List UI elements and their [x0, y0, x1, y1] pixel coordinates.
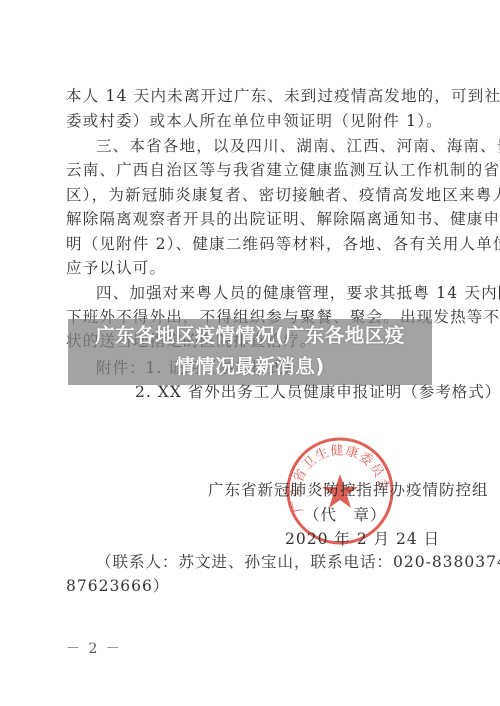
- contact-line-1: （联系人：苏文进、孙宝山，联系电话：020-83803745、: [96, 550, 500, 572]
- issue-date: 2020 年 2 月 24 日: [285, 527, 440, 549]
- paragraph-line: 应予以认可。: [66, 258, 438, 278]
- overlay-title-line-2: 情情况最新消息): [68, 351, 432, 382]
- paragraph-line: 三、本省各地，以及四川、湖南、江西、河南、海南、贵州、: [96, 136, 468, 156]
- page-number: － 2 －: [66, 638, 122, 658]
- paragraph-line: 云南、广西自治区等与我省建立健康监测互认工作机制的省（市、: [66, 160, 438, 180]
- paragraph-line: 四、加强对来粤人员的健康管理，要求其抵粤 14 天内除上: [96, 283, 468, 303]
- contact-line-2: 87623666）: [66, 574, 169, 596]
- issuer-name: 广东省新冠肺炎防控指挥办疫情防控组: [208, 478, 489, 500]
- overlay-title: 广东各地区疫情情况(广东各地区疫 情情况最新消息): [68, 320, 432, 382]
- paragraph-line: 本人 14 天内未离开过广东、未到过疫情高发地的，可到社区（居: [66, 86, 438, 106]
- paragraph-line: 解除隔离观察者开具的出院证明、解除隔离通知书、健康申报证: [66, 209, 438, 229]
- overlay-title-line-1: 广东各地区疫情情况(广东各地区疫: [68, 320, 432, 351]
- seal-note: （代 章）: [304, 503, 387, 525]
- paragraph-line: 明（见附件 2）、健康二维码等材料，各地、各有关用人单位均: [66, 234, 438, 254]
- paragraph-line: 区），为新冠肺炎康复者、密切接触者、疫情高发地区来粤人员: [66, 185, 438, 205]
- paragraph-line: 委或村委）或本人所在单位申领证明（见附件 1）。: [66, 111, 438, 131]
